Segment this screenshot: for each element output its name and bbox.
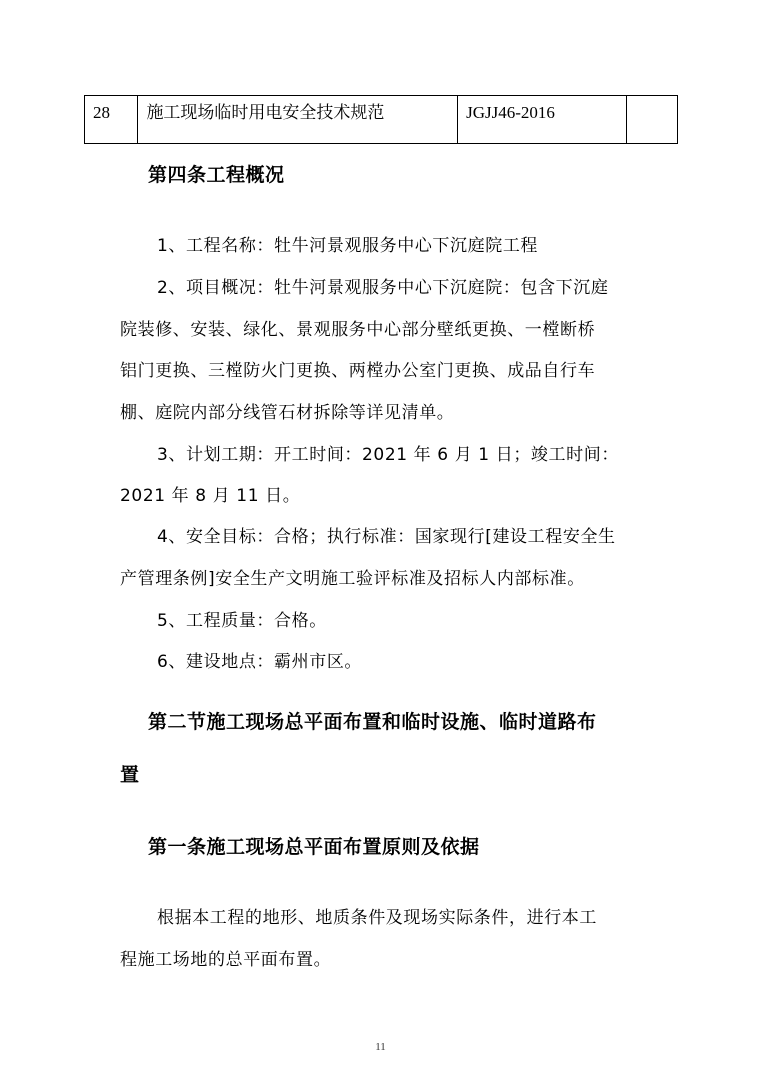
item-project-summary-line1: 2、项目概况：牡牛河景观服务中心下沉庭院：包含下沉庭 [157, 273, 608, 298]
item-project-summary-line2: 院装修、安装、绿化、景观服务中心部分壁纸更换、一樘断桥 [120, 315, 595, 340]
item-project-summary-line3: 铝门更换、三樘防火门更换、两樘办公室门更换、成品自行车 [120, 356, 595, 381]
standard-code: JGJJ46-2016 [458, 96, 626, 144]
table-row: 28 施工现场临时用电安全技术规范 JGJJ46-2016 [85, 96, 678, 144]
item-project-summary-line4: 棚、庭院内部分线管石材拆除等详见清单。 [120, 398, 454, 423]
section-heading-site-layout-line2: 置 [120, 760, 140, 787]
item-schedule-line1: 3、计划工期：开工时间：2021 年 6 月 1 日；竣工时间： [157, 440, 619, 465]
page-number: 11 [0, 1041, 761, 1053]
paragraph-layout-basis-line2: 程施工场地的总平面布置。 [120, 945, 331, 970]
item-quality: 5、工程质量：合格。 [157, 606, 327, 631]
item-project-name: 1、工程名称：牡牛河景观服务中心下沉庭院工程 [157, 231, 538, 256]
section-heading-project-overview: 第四条工程概况 [148, 160, 285, 187]
row-number: 28 [85, 96, 138, 144]
standards-table: 28 施工现场临时用电安全技术规范 JGJJ46-2016 [84, 95, 678, 144]
section-heading-site-layout-line1: 第二节施工现场总平面布置和临时设施、临时道路布 [148, 707, 597, 734]
paragraph-layout-basis-line1: 根据本工程的地形、地质条件及现场实际条件，进行本工 [157, 903, 597, 928]
item-safety-goal-line1: 4、安全目标：合格；执行标准：国家现行[建设工程安全生 [157, 522, 616, 547]
standard-name: 施工现场临时用电安全技术规范 [138, 96, 458, 144]
article-heading-layout-principles: 第一条施工现场总平面布置原则及依据 [148, 832, 480, 859]
item-safety-goal-line2: 产管理条例]安全生产文明施工验评标准及招标人内部标准。 [120, 564, 585, 589]
item-location: 6、建设地点：霸州市区。 [157, 647, 362, 672]
standard-note [626, 96, 677, 144]
document-page: 28 施工现场临时用电安全技术规范 JGJJ46-2016 第四条工程概况 1、… [0, 0, 761, 1077]
item-schedule-line2: 2021 年 8 月 11 日。 [120, 481, 300, 506]
